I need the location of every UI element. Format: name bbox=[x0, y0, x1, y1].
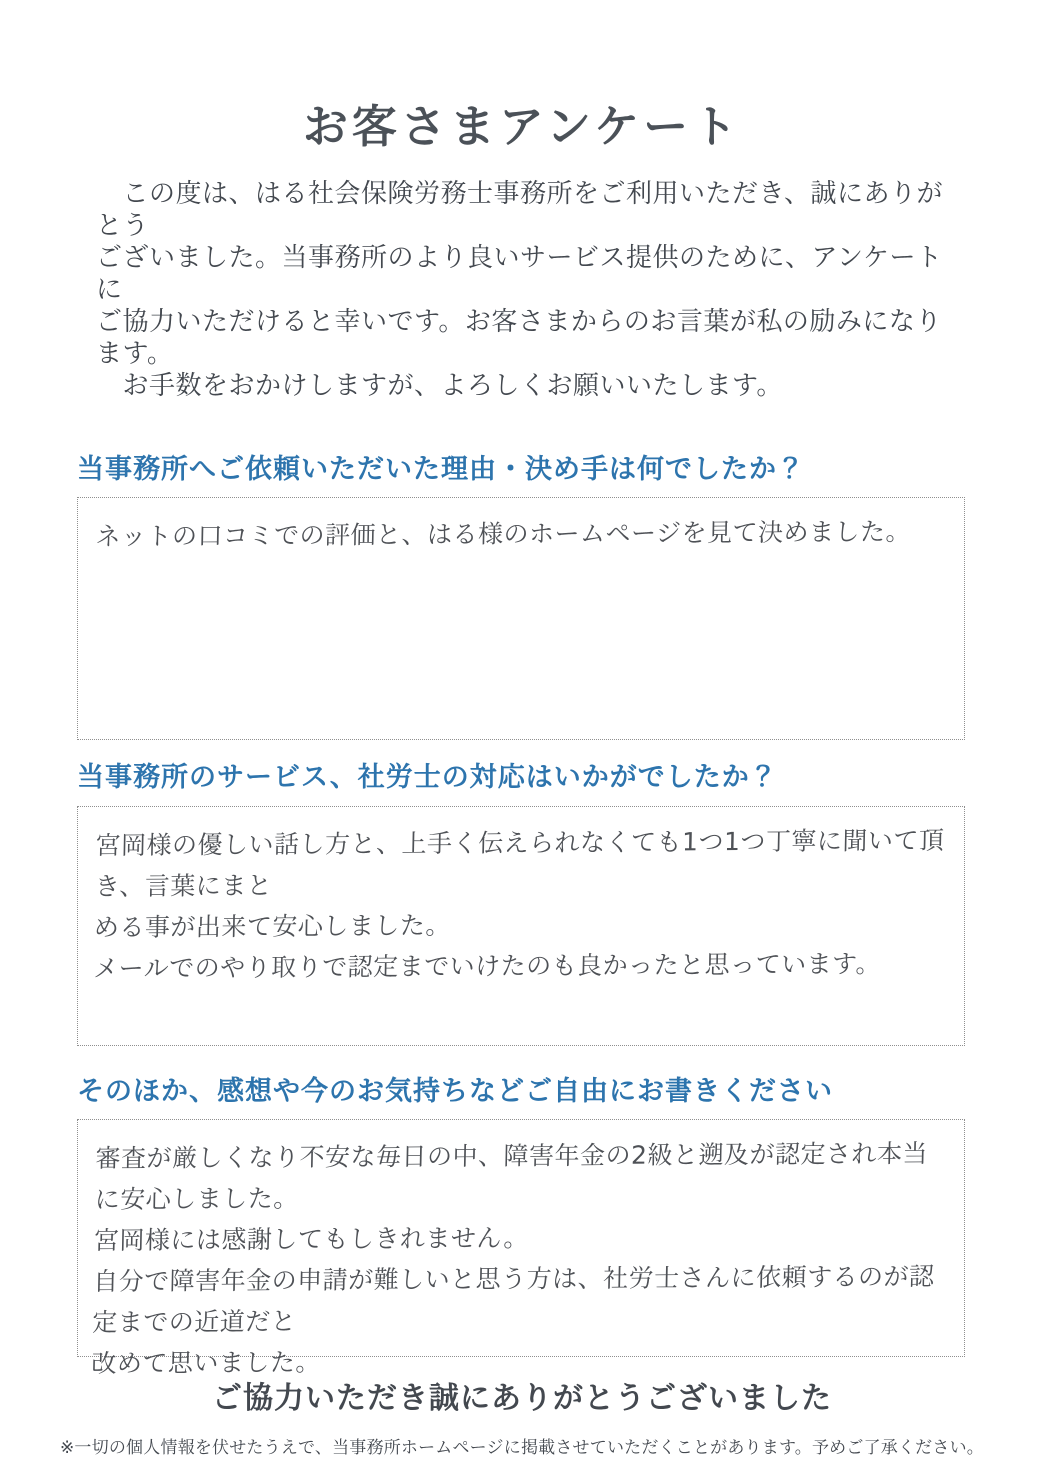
page-title: お客さまアンケート bbox=[0, 100, 1044, 154]
intro-paragraph: この度は、はる社会保険労務士事務所をご利用いただき、誠にありがとう ございました… bbox=[96, 178, 948, 402]
answer-box-service: 宮岡様の優しい話し方と、上手く伝えられなくても1つ1つ丁寧に聞いて頂き、言葉にま… bbox=[77, 806, 965, 1046]
answer-box-reason: ネットの口コミでの評価と、はる様のホームページを見て決めました。 bbox=[77, 497, 965, 740]
answer-box-free-comment: 審査が厳しくなり不安な毎日の中、障害年金の2級と遡及が認定され本当に安心しました… bbox=[77, 1119, 965, 1357]
question-heading-service: 当事務所のサービス、社労士の対応はいかがでしたか？ bbox=[77, 762, 965, 794]
question-heading-reason: 当事務所へご依頼いただいた理由・決め手は何でしたか？ bbox=[77, 454, 965, 486]
question-heading-free-comment: そのほか、感想や今のお気持ちなどご自由にお書きください bbox=[77, 1076, 965, 1108]
handwritten-answer-service: 宮岡様の優しい話し方と、上手く伝えられなくても1つ1つ丁寧に聞いて頂き、言葉にま… bbox=[93, 820, 946, 989]
handwritten-answer-reason: ネットの口コミでの評価と、はる様のホームページを見て決めました。 bbox=[95, 511, 946, 557]
privacy-footnote: ※一切の個人情報を伏せたうえで、当事務所ホームページに掲載させていただくことがあ… bbox=[0, 1433, 1044, 1458]
scanned-survey-page: お客さまアンケート この度は、はる社会保険労務士事務所をご利用いただき、誠にあり… bbox=[0, 0, 1044, 1482]
section-free-comment: そのほか、感想や今のお気持ちなどご自由にお書きください 審査が厳しくなり不安な毎… bbox=[77, 1076, 965, 1357]
section-reason: 当事務所へご依頼いただいた理由・決め手は何でしたか？ ネットの口コミでの評価と、… bbox=[77, 454, 965, 740]
handwritten-answer-free-comment: 審査が厳しくなり不安な毎日の中、障害年金の2級と遡及が認定され本当に安心しました… bbox=[91, 1133, 946, 1384]
section-service: 当事務所のサービス、社労士の対応はいかがでしたか？ 宮岡様の優しい話し方と、上手… bbox=[77, 762, 965, 1045]
